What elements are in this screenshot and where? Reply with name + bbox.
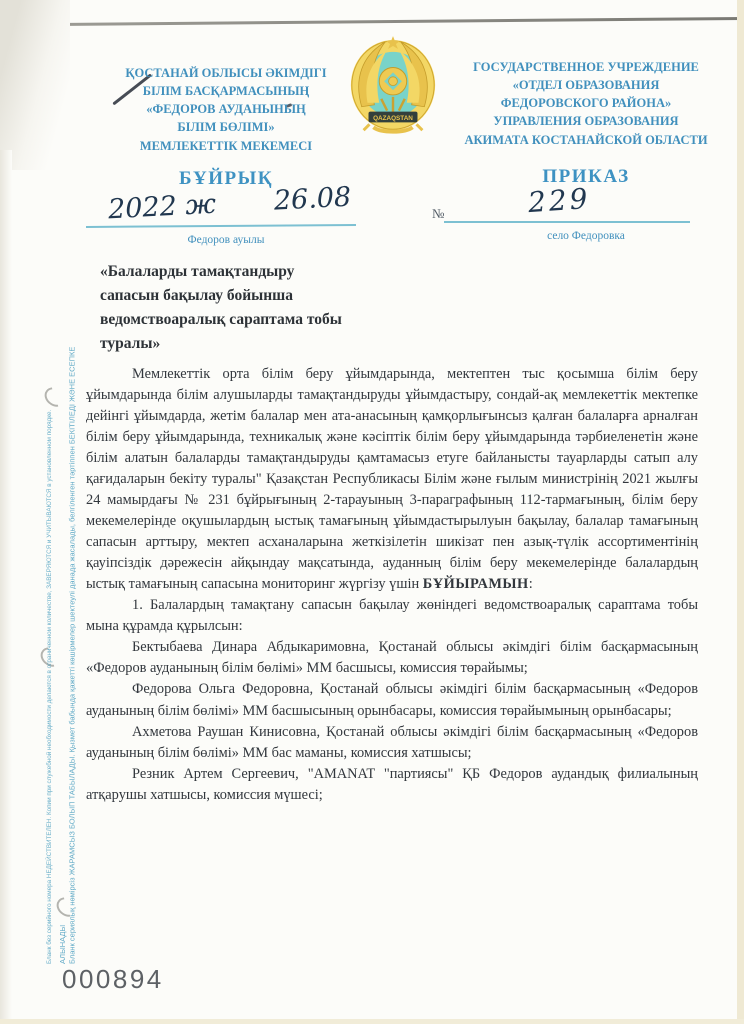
org-line: БІЛІМ БАСҚАРМАСЫНЫҢ bbox=[86, 82, 366, 100]
org-line: ГОСУДАРСТВЕННОЕ УЧРЕЖДЕНИЕ bbox=[450, 58, 722, 76]
handwritten-order-number: 229 bbox=[527, 182, 592, 219]
blank-security-note-russian: Бланк без серийного номера НЕДЕЙСТВИТЕЛЕ… bbox=[46, 330, 54, 964]
org-line: «ФЕДОРОВ АУДАНЫНЫҢ bbox=[86, 100, 366, 118]
kazakhstan-coat-of-arms-icon: QAZAQSTAN bbox=[344, 34, 442, 155]
title-line: «Балаларды тамақтандыру bbox=[100, 260, 445, 284]
member-paragraph: Федорова Ольга Федоровна, Қостанай облыс… bbox=[86, 679, 698, 721]
order-body: Мемлекеттік орта білім беру ұйымдарында,… bbox=[86, 364, 698, 806]
title-line: туралы» bbox=[100, 332, 445, 356]
number-sign-label: № bbox=[432, 206, 444, 222]
preamble-paragraph: Мемлекеттік орта білім беру ұйымдарында,… bbox=[86, 364, 698, 595]
order-verb: БҰЙЫРАМЫН bbox=[423, 576, 529, 592]
place-kazakh: Федоров ауылы bbox=[86, 234, 366, 246]
title-line: ведомствоаралық сараптама тобы bbox=[100, 308, 445, 332]
member-paragraph: Резник Артем Сергеевич, "AMANAT "партияс… bbox=[86, 764, 698, 806]
scan-bottom-edge bbox=[0, 1019, 744, 1024]
org-line: БІЛІМ БӨЛІМІ» bbox=[86, 118, 366, 136]
scanned-order-document: ҚОСТАНАЙ ОБЛЫСЫ ӘКІМДІГІ БІЛІМ БАСҚАРМАС… bbox=[0, 0, 744, 1024]
number-underline bbox=[444, 221, 690, 223]
preamble-colon: : bbox=[529, 576, 533, 592]
org-line: МЕМЛЕКЕТТІК МЕКЕМЕСІ bbox=[86, 137, 366, 155]
blank-serial-number: 000894 bbox=[62, 964, 164, 995]
date-underline bbox=[86, 224, 356, 227]
org-name-kazakh: ҚОСТАНАЙ ОБЛЫСЫ ӘКІМДІГІ БІЛІМ БАСҚАРМАС… bbox=[86, 64, 366, 155]
handwritten-day-month: 26.08 bbox=[273, 182, 352, 217]
scan-right-edge bbox=[737, 0, 744, 1024]
scan-left-shadow bbox=[0, 150, 12, 1024]
handwritten-year: 2022 ж bbox=[107, 189, 216, 226]
item-1-paragraph: 1. Балалардың тамақтану сапасын бақылау … bbox=[86, 595, 698, 637]
place-russian: село Федоровка bbox=[450, 230, 722, 242]
page-corner-fold bbox=[0, 0, 70, 170]
org-line: «ОТДЕЛ ОБРАЗОВАНИЯ bbox=[450, 76, 722, 94]
org-name-russian: ГОСУДАРСТВЕННОЕ УЧРЕЖДЕНИЕ «ОТДЕЛ ОБРАЗО… bbox=[450, 58, 722, 149]
scan-top-edge bbox=[42, 17, 744, 26]
org-line: ҚОСТАНАЙ ОБЛЫСЫ ӘКІМДІГІ bbox=[86, 64, 366, 82]
emblem-banner-text: QAZAQSTAN bbox=[373, 115, 413, 122]
preamble-text: Мемлекеттік орта білім беру ұйымдарында,… bbox=[86, 366, 698, 592]
member-paragraph: Ахметова Раушан Кинисовна, Қостанай облы… bbox=[86, 722, 698, 764]
document-title: «Балаларды тамақтандыру сапасын бақылау … bbox=[100, 260, 445, 356]
org-line: ФЕДОРОВСКОГО РАЙОНА» bbox=[450, 94, 722, 112]
blank-security-note-kazakh: Бланк сериялық нөмірсіз ЖАРАМСЫЗ БОЛЫП Т… bbox=[58, 330, 77, 964]
org-line: АКИМАТА КОСТАНАЙСКОЙ ОБЛАСТИ bbox=[450, 131, 722, 149]
member-paragraph: Бектыбаева Динара Абдыкаримовна, Қостана… bbox=[86, 637, 698, 679]
org-line: УПРАВЛЕНИЯ ОБРАЗОВАНИЯ bbox=[450, 112, 722, 130]
title-line: сапасын бақылау бойынша bbox=[100, 284, 445, 308]
